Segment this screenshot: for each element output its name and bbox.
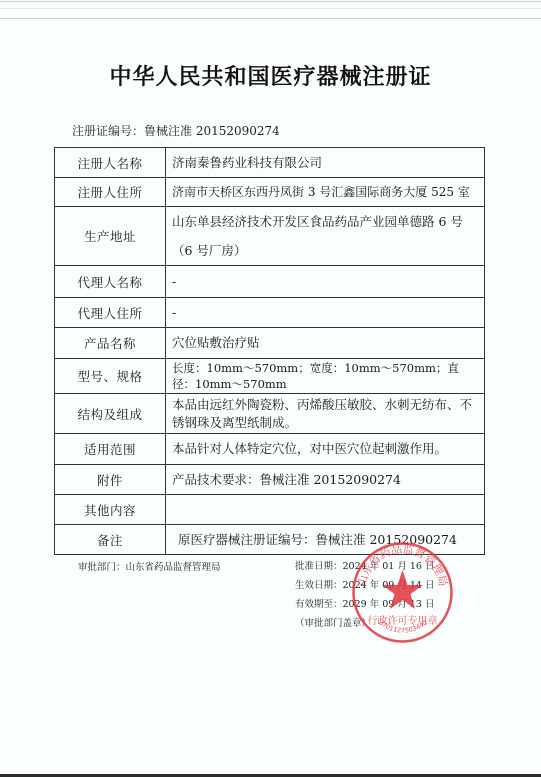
- row-label: 注册人名称: [55, 148, 166, 178]
- row-label: 适用范围: [55, 434, 166, 465]
- registration-number-value: 鲁械注准 20152090274: [144, 124, 280, 138]
- table-row: 注册人住所 济南市天桥区东西丹凤街 3 号汇鑫国际商务大厦 525 室: [55, 178, 485, 207]
- certificate-table: 注册人名称 济南秦鲁药业科技有限公司 注册人住所 济南市天桥区东西丹凤街 3 号…: [54, 147, 485, 555]
- row-value: 产品技术要求：鲁械注准 20152090274: [166, 465, 485, 495]
- table-row: 结构及组成 本品由远红外陶瓷粉、丙烯酸压敏胶、水刺无纺布、不锈钢珠及离型纸制成。: [55, 394, 485, 434]
- scan-edge-line: [0, 8, 541, 9]
- table-row: 型号、规格 长度：10mm～570mm；宽度：10mm～570mm；直径：10m…: [55, 359, 485, 394]
- row-label: 产品名称: [55, 328, 166, 359]
- row-label: 结构及组成: [55, 394, 166, 434]
- registration-number-label: 注册证编号：: [72, 124, 144, 138]
- row-value: 济南市天桥区东西丹凤街 3 号汇鑫国际商务大厦 525 室: [166, 178, 485, 207]
- row-value: 原医疗器械注册证编号：鲁械注准 20152090274: [166, 525, 485, 555]
- row-label: 生产地址: [55, 207, 166, 266]
- table-row: 适用范围 本品针对人体特定穴位，对中医穴位起刺激作用。: [55, 434, 485, 465]
- row-value: -: [166, 266, 485, 298]
- valid-until-date: 有效期至：2029 年 09 月 13 日: [295, 595, 434, 614]
- scan-edge-line: [0, 1, 541, 2]
- row-label: 附件: [55, 465, 166, 495]
- table-row: 附件 产品技术要求：鲁械注准 20152090274: [55, 465, 485, 495]
- row-value: 本品由远红外陶瓷粉、丙烯酸压敏胶、水刺无纺布、不锈钢珠及离型纸制成。: [166, 394, 485, 434]
- row-label: 备注: [55, 525, 166, 555]
- table-row: 其他内容: [55, 495, 485, 525]
- effective-date: 生效日期：2024 年 09 月 14 日: [295, 576, 434, 595]
- table-row: 产品名称 穴位贴敷治疗贴: [55, 328, 485, 359]
- approval-date: 批准日期：2024 年 01 月 16 日: [295, 557, 434, 576]
- row-value: 济南秦鲁药业科技有限公司: [166, 148, 485, 178]
- row-value: [166, 495, 485, 525]
- table-row: 注册人名称 济南秦鲁药业科技有限公司: [55, 148, 485, 178]
- certificate-title: 中华人民共和国医疗器械注册证: [0, 60, 541, 91]
- date-block: 批准日期：2024 年 01 月 16 日 生效日期：2024 年 09 月 1…: [295, 557, 434, 633]
- row-value: 长度：10mm～570mm；宽度：10mm～570mm；直径：10mm～570m…: [166, 359, 485, 394]
- row-label: 代理人住所: [55, 298, 166, 328]
- scan-edge-line: [0, 18, 541, 19]
- row-label: 代理人名称: [55, 266, 166, 298]
- row-value: 穴位贴敷治疗贴: [166, 328, 485, 359]
- row-value: 山东单县经济技术开发区食品药品产业园单德路 6 号（6 号厂房）: [166, 207, 485, 266]
- approval-department: 审批部门：山东省药品监督管理局: [78, 559, 221, 573]
- table-row: 备注 原医疗器械注册证编号：鲁械注准 20152090274: [55, 525, 485, 555]
- row-value: 本品针对人体特定穴位，对中医穴位起刺激作用。: [166, 434, 485, 465]
- table-row: 生产地址 山东单县经济技术开发区食品药品产业园单德路 6 号（6 号厂房）: [55, 207, 485, 266]
- table-row: 代理人住所 -: [55, 298, 485, 328]
- registration-number: 注册证编号：鲁械注准 20152090274: [72, 122, 280, 139]
- row-label: 其他内容: [55, 495, 166, 525]
- seal-note: （审批部门盖章）: [295, 614, 434, 633]
- table-row: 代理人名称 -: [55, 266, 485, 298]
- row-label: 注册人住所: [55, 178, 166, 207]
- row-label: 型号、规格: [55, 359, 166, 394]
- row-value: -: [166, 298, 485, 328]
